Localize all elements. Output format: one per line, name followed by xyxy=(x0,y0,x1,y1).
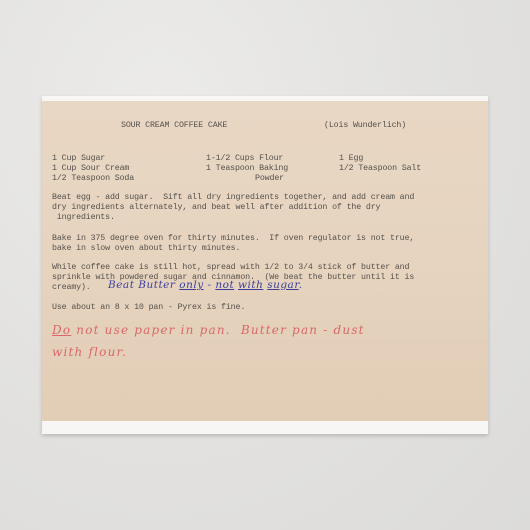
note-emphasis: sugar xyxy=(267,279,299,291)
instruction-line: ingredients. xyxy=(52,213,115,223)
note-emphasis: with xyxy=(238,279,263,291)
note-emphasis: not xyxy=(215,279,234,291)
instruction-line: creamy). xyxy=(52,283,91,293)
ingredient: 1 Teaspoon Baking xyxy=(206,164,288,174)
note-text: Beat Butter xyxy=(108,279,179,291)
note-emphasis: Do xyxy=(52,323,71,337)
instruction-line: bake in slow oven about thirty minutes. xyxy=(52,244,240,254)
recipe-attribution: (Lois Wunderlich) xyxy=(324,121,406,131)
instruction-line: Bake in 375 degree oven for thirty minut… xyxy=(52,234,414,244)
recipe-card: SOUR CREAM COFFEE CAKE (Lois Wunderlich)… xyxy=(42,96,488,434)
note-text: not use paper in pan. Butter pan - dust xyxy=(71,323,364,337)
handwritten-red-note-line-2: with flour. xyxy=(52,345,127,359)
ingredient: Powder xyxy=(255,174,284,184)
handwritten-blue-note: Beat Butter only - not with sugar. xyxy=(108,279,303,291)
instruction-line: dry ingredients alternately, and beat we… xyxy=(52,203,380,213)
ingredient: 1 Cup Sour Cream xyxy=(52,164,129,174)
note-text: - xyxy=(204,279,216,291)
instruction-line: Beat egg - add sugar. Sift all dry ingre… xyxy=(52,193,414,203)
handwritten-red-note-line-1: Do not use paper in pan. Butter pan - du… xyxy=(52,323,365,337)
ingredient: 1 Cup Sugar xyxy=(52,154,105,164)
ingredient: 1-1/2 Cups Flour xyxy=(206,154,283,164)
ingredient: 1 Egg xyxy=(339,154,363,164)
ingredient: 1/2 Teaspoon Salt xyxy=(339,164,421,174)
note-text: . xyxy=(299,279,303,291)
ingredient: 1/2 Teaspoon Soda xyxy=(52,174,134,184)
recipe-paper: SOUR CREAM COFFEE CAKE (Lois Wunderlich)… xyxy=(42,101,488,421)
recipe-title: SOUR CREAM COFFEE CAKE xyxy=(121,121,227,131)
instruction-pan-size: Use about an 8 x 10 pan - Pyrex is fine. xyxy=(52,303,245,313)
instruction-line: While coffee cake is still hot, spread w… xyxy=(52,263,409,273)
note-emphasis: only xyxy=(179,279,203,291)
